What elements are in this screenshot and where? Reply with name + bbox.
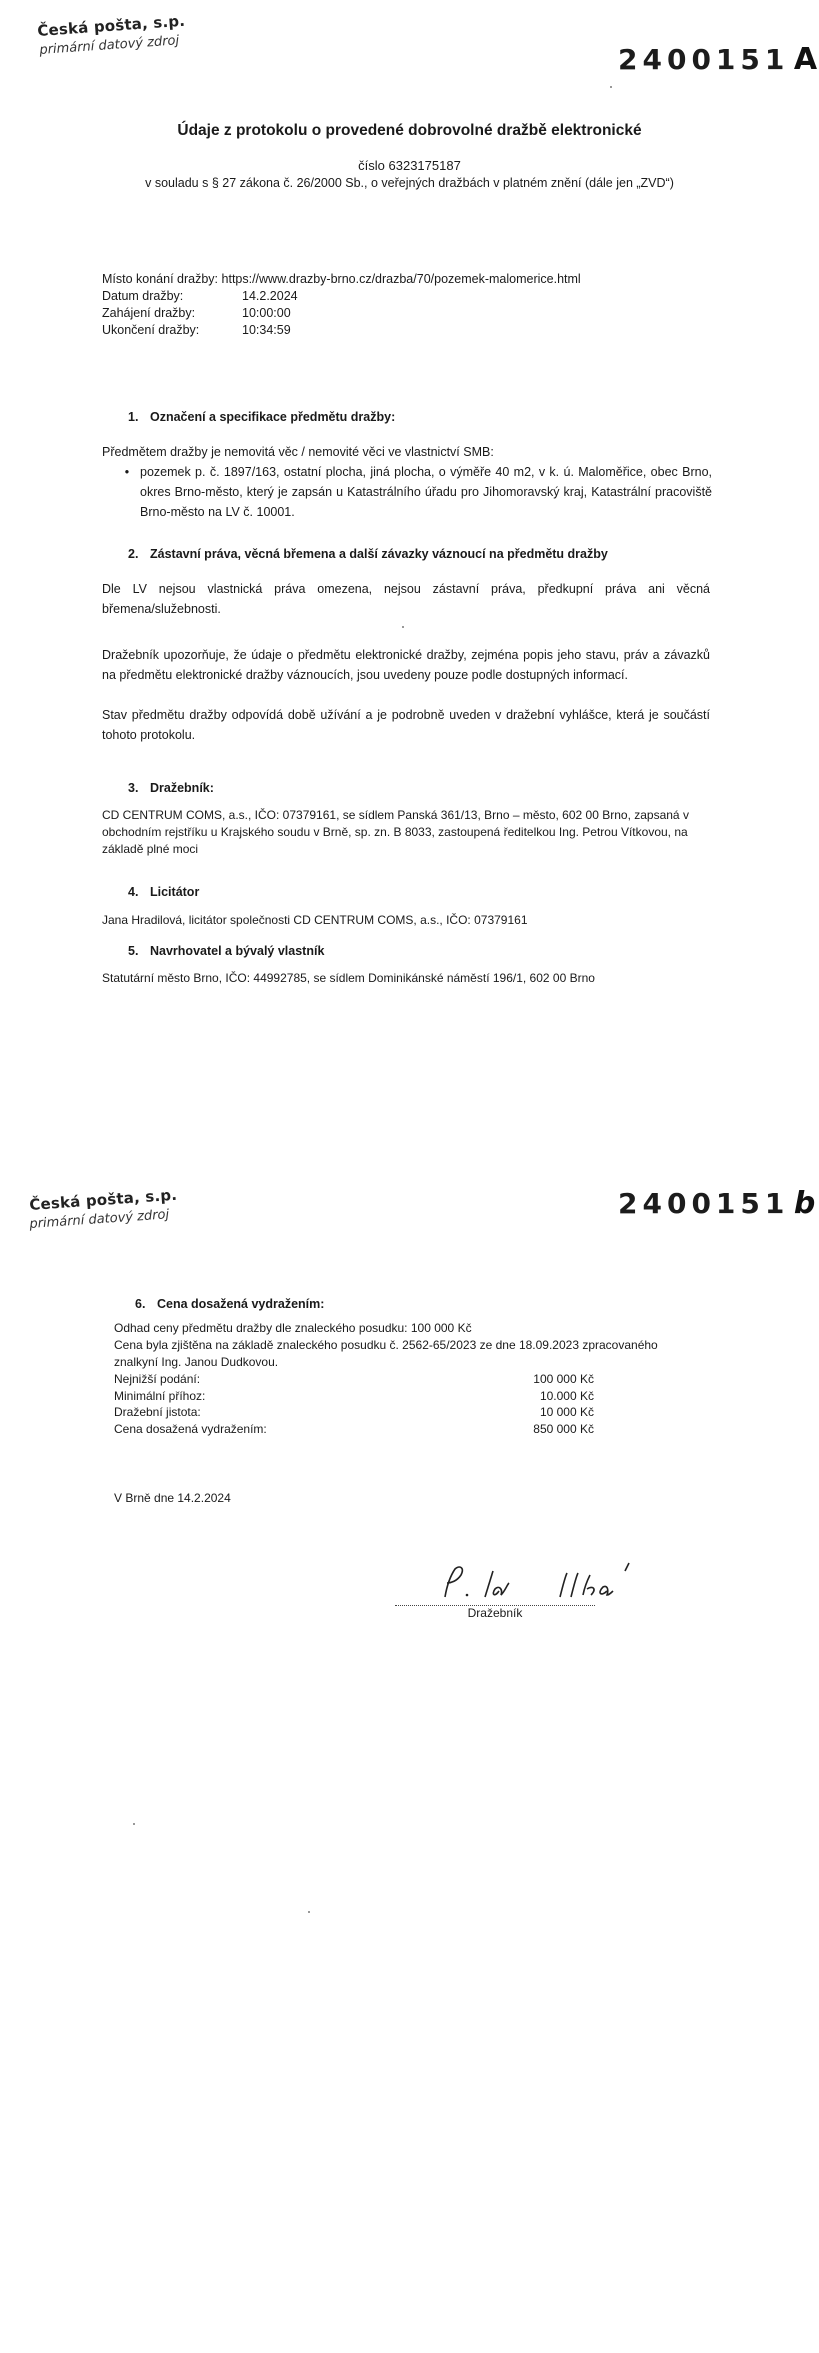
auction-info-row: Ukončení dražby: 10:34:59 xyxy=(102,322,722,339)
scan-speck xyxy=(610,86,612,88)
property-description: pozemek p. č. 1897/163, ostatní plocha, … xyxy=(140,462,712,522)
licitator-details: Jana Hradilová, licitátor společnosti CD… xyxy=(102,912,702,929)
section-2-heading: 2.Zástavní práva, věcná břemena a další … xyxy=(128,547,608,561)
section-4-heading: 4.Licitátor xyxy=(128,885,199,899)
section-1-intro: Předmětem dražby je nemovitá věc / nemov… xyxy=(102,442,712,462)
section-2-paragraph-2: Dražebník upozorňuje, že údaje o předmět… xyxy=(102,645,710,685)
auction-start-value: 10:00:00 xyxy=(242,305,291,322)
document-number: 2400151 xyxy=(618,1187,789,1220)
price-value: 100 000 Kč xyxy=(444,1371,594,1388)
auction-place-url: https://www.drazby-brno.cz/drazba/70/poz… xyxy=(222,271,581,288)
auctioneer-details: CD CENTRUM COMS, a.s., IČO: 07379161, se… xyxy=(102,807,702,858)
signature-block: Dražebník xyxy=(395,1545,665,1620)
auction-date-label: Datum dražby: xyxy=(102,288,242,305)
place-and-date: V Brně dne 14.2.2024 xyxy=(114,1490,231,1507)
price-row: Dražební jistota: 10 000 Kč xyxy=(114,1404,714,1421)
auction-place-label: Místo konání dražby: xyxy=(102,271,218,288)
section-1-heading: 1.Označení a specifikace předmětu dražby… xyxy=(128,410,395,424)
price-label: Nejnižší podání: xyxy=(114,1371,444,1388)
section-2-paragraph-3: Stav předmětu dražby odpovídá době užívá… xyxy=(102,705,710,745)
price-value: 10.000 Kč xyxy=(444,1388,594,1405)
signature-scribble-icon xyxy=(395,1545,665,1605)
auction-end-value: 10:34:59 xyxy=(242,322,291,339)
auction-info-row: Datum dražby: 14.2.2024 xyxy=(102,288,722,305)
price-value: 850 000 Kč xyxy=(444,1421,594,1438)
document-suffix: A xyxy=(794,42,817,77)
price-label: Dražební jistota: xyxy=(114,1404,444,1421)
price-section: Odhad ceny předmětu dražby dle znaleckéh… xyxy=(114,1320,714,1437)
scan-speck xyxy=(133,1823,135,1825)
scan-speck xyxy=(402,626,404,628)
bullet-icon: • xyxy=(114,462,140,522)
section-3-heading: 3.Dražebník: xyxy=(128,781,214,795)
scan-speck xyxy=(308,1911,310,1913)
price-value: 10 000 Kč xyxy=(444,1404,594,1421)
document-number-stamp-page-2: 2400151 b xyxy=(618,1186,815,1221)
legal-basis: v souladu s § 27 zákona č. 26/2000 Sb., … xyxy=(0,176,819,190)
document-title: Údaje z protokolu o provedené dobrovolné… xyxy=(0,122,819,140)
section-1-bullet-item: • pozemek p. č. 1897/163, ostatní plocha… xyxy=(114,462,712,522)
document-number-stamp: 2400151 A xyxy=(618,42,817,77)
price-basis: Cena byla zjištěna na základě znaleckého… xyxy=(114,1337,704,1371)
protocol-number: číslo 6323175187 xyxy=(0,158,819,173)
signature-label: Dražebník xyxy=(395,1606,595,1620)
auction-start-label: Zahájení dražby: xyxy=(102,305,242,322)
auction-place-row: Místo konání dražby: https://www.drazby-… xyxy=(102,271,722,288)
section-6-heading: 6.Cena dosažená vydražením: xyxy=(135,1297,324,1311)
document-suffix: b xyxy=(794,1186,815,1221)
price-row: Minimální příhoz: 10.000 Kč xyxy=(114,1388,714,1405)
auction-end-label: Ukončení dražby: xyxy=(102,322,242,339)
proposer-details: Statutární město Brno, IČO: 44992785, se… xyxy=(102,970,702,987)
auction-info-row: Zahájení dražby: 10:00:00 xyxy=(102,305,722,322)
price-label: Cena dosažená vydražením: xyxy=(114,1421,444,1438)
section-5-heading: 5.Navrhovatel a bývalý vlastník xyxy=(128,944,324,958)
auction-info: Místo konání dražby: https://www.drazby-… xyxy=(102,271,722,339)
section-2-paragraph-1: Dle LV nejsou vlastnická práva omezena, … xyxy=(102,579,710,619)
price-estimate: Odhad ceny předmětu dražby dle znaleckéh… xyxy=(114,1320,714,1337)
document-number: 2400151 xyxy=(618,43,789,76)
price-row: Nejnižší podání: 100 000 Kč xyxy=(114,1371,714,1388)
price-label: Minimální příhoz: xyxy=(114,1388,444,1405)
price-row: Cena dosažená vydražením: 850 000 Kč xyxy=(114,1421,714,1438)
auction-date-value: 14.2.2024 xyxy=(242,288,298,305)
